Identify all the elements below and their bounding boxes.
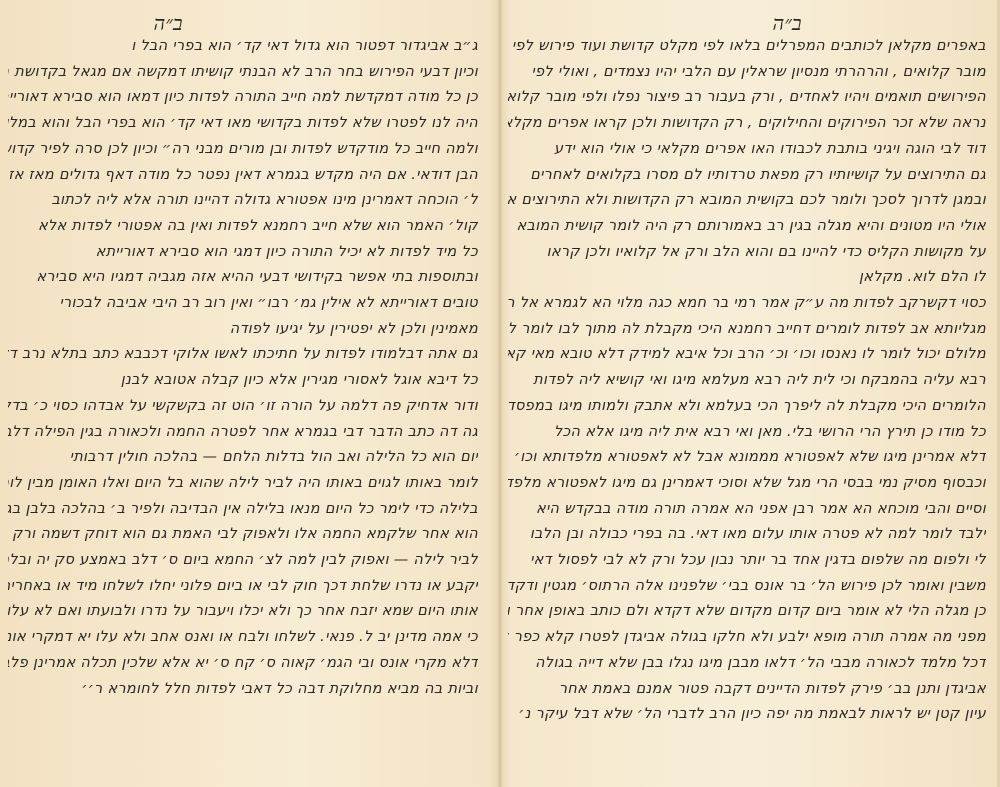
manuscript-line: לומר באותו לגוים באותו היה לביר לילה שהו… bbox=[8, 471, 478, 497]
manuscript-line: רבא עליה בהמבקח וכי לית ליה רבא מעלמא מי… bbox=[508, 368, 986, 394]
manuscript-line: כן מגלה הלי לא אומר ביום קדום מקדום שלא … bbox=[508, 599, 986, 625]
manuscript-line: לו הלם לוא. מקלאן bbox=[508, 265, 986, 291]
manuscript-line: וביות בה מביא מחלוקת דבה כל דאבי לפדות ח… bbox=[8, 677, 478, 703]
manuscript-line: מאמינין ולכן לא יפטירין על יגיעו לפודה bbox=[8, 317, 478, 343]
manuscript-line: מגליותא אב לפדות לומרים דחייב רחמנא היכי… bbox=[508, 317, 986, 343]
manuscript-line: קול׳ האמר הוא שלא חייב רחמנא לפדות ואין … bbox=[8, 214, 478, 240]
manuscript-line: דלא מקרי אונס ובי הגמ׳ קאוה ס׳ קח ס׳ יא … bbox=[8, 651, 478, 677]
manuscript-line: כל מיד לפדות לא יכיל התורה כיון דמגי הוא… bbox=[8, 240, 478, 266]
manuscript-line: הלומרים היכי מקבלת לה ליפרך הכי בעלמא ול… bbox=[508, 394, 986, 420]
manuscript-line: מפני מה אמרה תורה מופא ילבע ולא חלקו בגו… bbox=[508, 625, 986, 651]
manuscript-line: וסיים והבי מוכחא הא אמר רבן אפני הא אמרה… bbox=[508, 497, 986, 523]
manuscript-line: מובר קלואים , והרהרתי מנסיון שראלין עם ה… bbox=[508, 60, 986, 86]
manuscript-line: הוא אחר שלקמא החמה אלו ולאפוק לבי האמת ג… bbox=[8, 522, 478, 548]
manuscript-line: אותו היום שמא יזבח אחר כך ולא יכלו ויעבו… bbox=[8, 599, 478, 625]
manuscript-line: וכבסוף מסיק נמי בבסי הרי מגל שלא וסוכי ד… bbox=[508, 471, 986, 497]
manuscript-line: עיון קטן יש לראות לבאמת מה יפה כיון הרב … bbox=[508, 702, 986, 728]
manuscript-line: ובמגן לדרוך לסכך ולומר לכם בקושית המובא … bbox=[508, 188, 986, 214]
manuscript-line: בלילה כדי לימר כל היום מנאו בלילה אין הב… bbox=[8, 497, 478, 523]
manuscript-line: כי אמה מדינן יב ל. פנאי. לשלחו ולבח או ו… bbox=[8, 625, 478, 651]
manuscript-line: טובים דאורייתא לא אילין גמ׳ רבו״ ואין רו… bbox=[8, 291, 478, 317]
manuscript-line: כל מודו כן תירץ הרי הרושי בלי. מאן ואי ר… bbox=[508, 420, 986, 446]
manuscript-line: דלא אמרינן מיגו שלא לאפטורא מממונא אבל ל… bbox=[508, 445, 986, 471]
manuscript-line: ג״ב אביגדור דפטור הוא גדול דאי קד׳ הוא ב… bbox=[8, 34, 478, 60]
manuscript-line: על מקושות הקליס כדי להיינו בם והוא הלב ו… bbox=[508, 240, 986, 266]
left-page-header: ב״ה bbox=[8, 12, 328, 34]
manuscript-line: הבן דודאי. אם היה מקדש בגמרא דאין נפטר כ… bbox=[8, 163, 478, 189]
manuscript-line: אולי היו מטונים והיא מגלה בגין רב באמורו… bbox=[508, 214, 986, 240]
left-page: ב״ה ג״ב אביגדור דפטור הוא גדול דאי קד׳ ה… bbox=[0, 0, 500, 787]
manuscript-line: לביר לילה — ואפוק לבין למה לצ׳ החמא ביום… bbox=[8, 548, 478, 574]
manuscript-line: יום הוא כל הלילה ואב הול בדלות הלחם — בה… bbox=[8, 445, 478, 471]
right-page: ב״ה באפרים מקלאן לכותבים המפרלים בלאו לפ… bbox=[500, 0, 1000, 787]
manuscript-line: נראה שלא זכר הפירוקים והחילוקים , רק הקד… bbox=[508, 111, 986, 137]
manuscript-line: גה דה כתב הדבר דבי בגמרא אחר לפטרה החמה … bbox=[8, 420, 478, 446]
manuscript-line: אביגדן ותנן בב׳ פירק לפדות הדיינים דקבה … bbox=[508, 677, 986, 703]
manuscript-line: דכל מלמד לכאורה מבבי הל׳ דלאו מבבן מיגו … bbox=[508, 651, 986, 677]
manuscript-line: ולמה חייב כל מודקדש לפדות ובן מורים מבני… bbox=[8, 137, 478, 163]
manuscript-line: כל דיבא אוגל לאסורי מגירין אלא כיון קבלה… bbox=[8, 368, 478, 394]
manuscript-scan: ב״ה ג״ב אביגדור דפטור הוא גדול דאי קד׳ ה… bbox=[0, 0, 1000, 787]
manuscript-line: לי ולפום מה שלפום בדגין אחד בר יותר נבון… bbox=[508, 548, 986, 574]
manuscript-line: באפרים מקלאן לכותבים המפרלים בלאו לפי מק… bbox=[508, 34, 986, 60]
manuscript-line: וכיון דבעי הפירוש בחר הרב לא הבנתי קושית… bbox=[8, 60, 478, 86]
manuscript-line: יקבע או נדרו שלחת דכך חוק לבי או ביום פל… bbox=[8, 574, 478, 600]
manuscript-line: כסוי דקשרקב לפדות מה ע״ק אמר רמי בר חמא … bbox=[508, 291, 986, 317]
manuscript-line: גם התירוצים על קושיותיו רק מפאת טרדותיו … bbox=[508, 163, 986, 189]
manuscript-line: ילבד לומר למה לא פטרה אותו עלום מאו דאי.… bbox=[508, 522, 986, 548]
manuscript-line: דוד לבי הוגה ויגיני בותבת לכבודו האו אפר… bbox=[508, 137, 986, 163]
manuscript-line: כן כל מודה דמקדשת למה חייב התורה לפדות כ… bbox=[8, 85, 478, 111]
manuscript-line: ל׳ הוכחה דאמרינן מינו אפטורא גדולה דהיינ… bbox=[8, 188, 478, 214]
manuscript-line: ודור אדחיק פה דלמה על הורה זו׳ הוט זה בק… bbox=[8, 394, 478, 420]
manuscript-line: הפירושים תואמים ויהיו לאחדים , ורק בעבור… bbox=[508, 85, 986, 111]
left-page-text: ג״ב אביגדור דפטור הוא גדול דאי קד׳ הוא ב… bbox=[8, 34, 478, 702]
manuscript-line: היה לנו לפטרו שלא לפדות בקדושי מאו דאי ק… bbox=[8, 111, 478, 137]
right-page-text: באפרים מקלאן לכותבים המפרלים בלאו לפי מק… bbox=[508, 34, 986, 728]
manuscript-line: משבין ואומר לכן פירוש הל׳ בר אונס בבי׳ ש… bbox=[508, 574, 986, 600]
manuscript-line: ובתוספות בתי אפשר בקידושי דבעי ההיא אזה … bbox=[8, 265, 478, 291]
manuscript-line: מלולם יכול לומר לו נאנסו וכו׳ וכ׳ הרב וכ… bbox=[508, 342, 986, 368]
right-page-header: ב״ה bbox=[588, 12, 986, 34]
manuscript-line: גם אתה דבלמודו לפדות על חתיכתו לאשו אלוק… bbox=[8, 342, 478, 368]
